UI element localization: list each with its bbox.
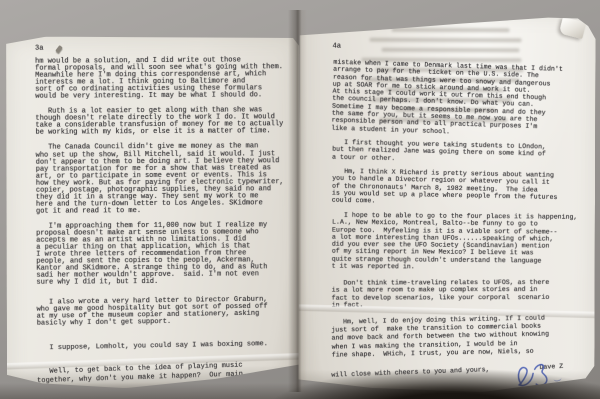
bleed-through-text: [300, 11, 596, 12]
paragraph: Hm, well, I do enjoy doing this writing.…: [331, 314, 588, 360]
paragraph: mistake when I came to Denmark last time…: [331, 59, 589, 140]
page-number: 4a: [333, 43, 589, 52]
page-number: 3a: [35, 43, 297, 53]
letter-page-left: 3a hm would be a solution, and I did wri…: [5, 35, 301, 389]
center-fold-shadow: [288, 10, 307, 392]
paragraph: I first thought you were taking students…: [332, 139, 588, 167]
paragraph: The Canada Council didn't give me money …: [36, 144, 298, 216]
paragraph: Ruth is a lot easier to get along with t…: [35, 107, 297, 137]
paragraph: I also wrote a very hard letter to Direc…: [36, 297, 298, 329]
paragraph: I suppose, Lomholt, you could say I was …: [37, 340, 299, 352]
left-page-text: 3a hm would be a solution, and I did wri…: [35, 43, 299, 382]
paragraph: I'm approaching them for 11,000 now but …: [36, 222, 298, 287]
paragraph: Hm, I think X Richard is pretty serious …: [332, 167, 589, 208]
photo-of-typewritten-letter: 3a hm would be a solution, and I did wri…: [0, 0, 600, 399]
paragraph: hm would be a solution, and I did write …: [35, 57, 297, 101]
paragraph: Don't think time-traveling relates to UF…: [332, 278, 588, 308]
letter-page-right: 4a mistake when I came to Denmark last t…: [298, 11, 595, 392]
paragraph: I hope to be able to go to the four plac…: [332, 212, 588, 273]
right-page-text: 4a mistake when I came to Denmark last t…: [331, 43, 588, 380]
folded-corner: [559, 17, 586, 39]
bottom-right-shadow: [270, 369, 600, 399]
